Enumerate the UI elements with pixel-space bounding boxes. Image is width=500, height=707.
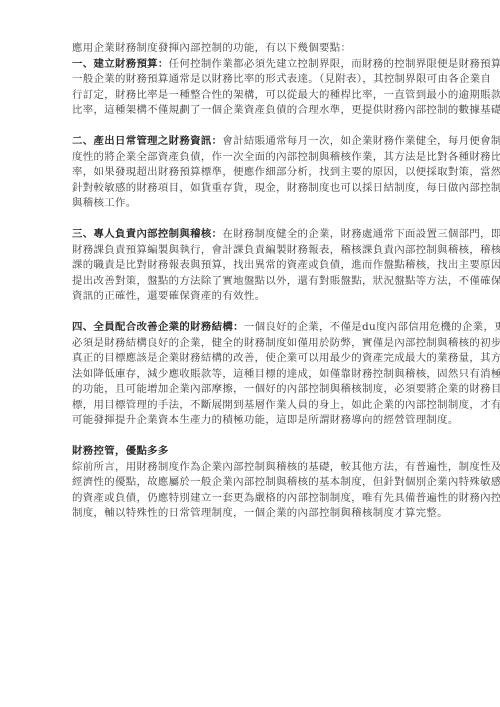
body-line: 綜前所言，用財務制度作為企業內部控制與稽核的基礎，較其他方法，有普遍性，制度性及 bbox=[72, 460, 466, 476]
document-page: 應用企業財務制度發揮內部控制的功能，有以下幾個要點： 一、建立財務預算：任何控制… bbox=[72, 41, 466, 522]
body-line: 一般企業的財務預算通常是以財務比率的形式表達。（見附表），其控制界限可由各企業自 bbox=[72, 72, 466, 88]
section-audit: 三、專人負責內部控制與稽核：在財務制度健全的企業，財務處通常下面設置三個部門，即… bbox=[72, 227, 466, 305]
body-line: 在財務制度健全的企業，財務處通常下面設置三個部門，即 bbox=[222, 228, 500, 240]
section-budget: 一、建立財務預算：任何控制作業都必須先建立控制界限，而財務的控制界限便是財務預算… bbox=[72, 57, 466, 119]
body-line: 必須是財務結構良好的企業，健全的財務制度如僅用於防弊，實僅是內部控制與稽核的初步… bbox=[72, 336, 466, 352]
body-line: 行訂定，財務比率是一種整合性的架構，可以從最大的種桿比率，一直管到最小的逾期賬款 bbox=[72, 88, 466, 104]
body-line: 制度，輔以特殊性的日常管理制度，一個企業的內部控制與稽核制度才算完整。 bbox=[72, 506, 466, 522]
body-line: 法如降低庫存，減少應收賬款等，這種目標的達成，如僅靠財務控制與稽核，固然只有消極 bbox=[72, 367, 466, 383]
body-line: 的功能，且可能增加企業內部摩擦，一個好的內部控制與稽核制度，必須要將企業的財務目 bbox=[72, 382, 466, 398]
body-line: 度性的將企業全部資產負債，作一次全面的內部控制與稽核作業，其方法是比對各種財務比 bbox=[72, 150, 466, 166]
body-line: 與稽核工作。 bbox=[72, 196, 466, 212]
body-line: 針對較敏感的財務項目，如貨重存貨，現金，財務制度也可以採日結制度，每日做內部控制 bbox=[72, 181, 466, 197]
body-line: 財務課負責預算編製與執行，會計課負責編製財務報表，稽核課負責內部控制與稽核，稽核 bbox=[72, 243, 466, 259]
paragraph-gap bbox=[72, 212, 466, 227]
body-line: 資訊的正確性，還要確保資產的有效性。 bbox=[72, 289, 466, 305]
section-structure: 四、全員配合改善企業的財務結構：一個良好的企業，不僅是du度內部信用危機的企業，… bbox=[72, 320, 466, 429]
body-line: 率，如果發現超出財務預算標準，便應作細部分析，找到主要的原因，以便採取對策，當然 bbox=[72, 165, 466, 181]
paragraph-gap bbox=[72, 429, 466, 444]
section-conclusion: 財務控管，優點多多 綜前所言，用財務制度作為企業內部控制與稽核的基礎，較其他方法… bbox=[72, 444, 466, 522]
body-line: 一個良好的企業，不僅是du度內部信用危機的企業，更 bbox=[244, 321, 500, 333]
paragraph-gap bbox=[72, 305, 466, 320]
body-line: 的資產或負債，仍應特別建立一套更為嚴格的內部控制制度，唯有先具備普遍性的財務內控 bbox=[72, 491, 466, 507]
section-heading: 四、全員配合改善企業的財務結構： bbox=[72, 321, 244, 333]
body-line: 會計結賬通常每月一次，如企業財務作業健全，每月便會制 bbox=[222, 135, 500, 147]
intro-paragraph: 應用企業財務制度發揮內部控制的功能，有以下幾個要點： bbox=[72, 41, 466, 57]
paragraph-gap bbox=[72, 119, 466, 134]
body-line: 任何控制作業都必須先建立控制界限，而財務的控制界限便是財務預算， bbox=[169, 58, 500, 70]
body-line: 真正的目標應該是企業財務結構的改善，使企業可以用最少的資產完成最大的業務量，其方 bbox=[72, 351, 466, 367]
section-heading: 二、產出日常管理之財務資訊： bbox=[72, 135, 222, 147]
body-line: 提出改善對策，盤點的方法除了實地盤點以外，還有對賬盤點，狀況盤點等方法，不僅確保 bbox=[72, 274, 466, 290]
section-daily-info: 二、產出日常管理之財務資訊：會計結賬通常每月一次，如企業財務作業健全，每月便會制… bbox=[72, 134, 466, 212]
section-heading: 財務控管，優點多多 bbox=[72, 444, 466, 460]
section-heading: 三、專人負責內部控制與稽核： bbox=[72, 228, 222, 240]
body-line: 標，用目標管理的手法，不斷展開到基層作業人員的身上，如此企業的內部控制制度，才有 bbox=[72, 398, 466, 414]
body-line: 可能發揮提升企業資本生產力的積極功能，這即是所謂財務導向的經營管理制度。 bbox=[72, 413, 466, 429]
body-line: 課的職責是比對財務報表與預算，找出異常的資產或負債，進而作盤點稽核，找出主要原因… bbox=[72, 258, 466, 274]
body-line: 比率，這種架構不僅規劃了一個企業資產負債的合理水準，更提供財務內部控制的數據基礎… bbox=[72, 103, 466, 119]
section-heading: 一、建立財務預算： bbox=[72, 58, 169, 70]
body-line: 經濟性的優點，故應屬於一般企業內部控制與稽核的基本制度，但針對個別企業內特殊敏感 bbox=[72, 475, 466, 491]
